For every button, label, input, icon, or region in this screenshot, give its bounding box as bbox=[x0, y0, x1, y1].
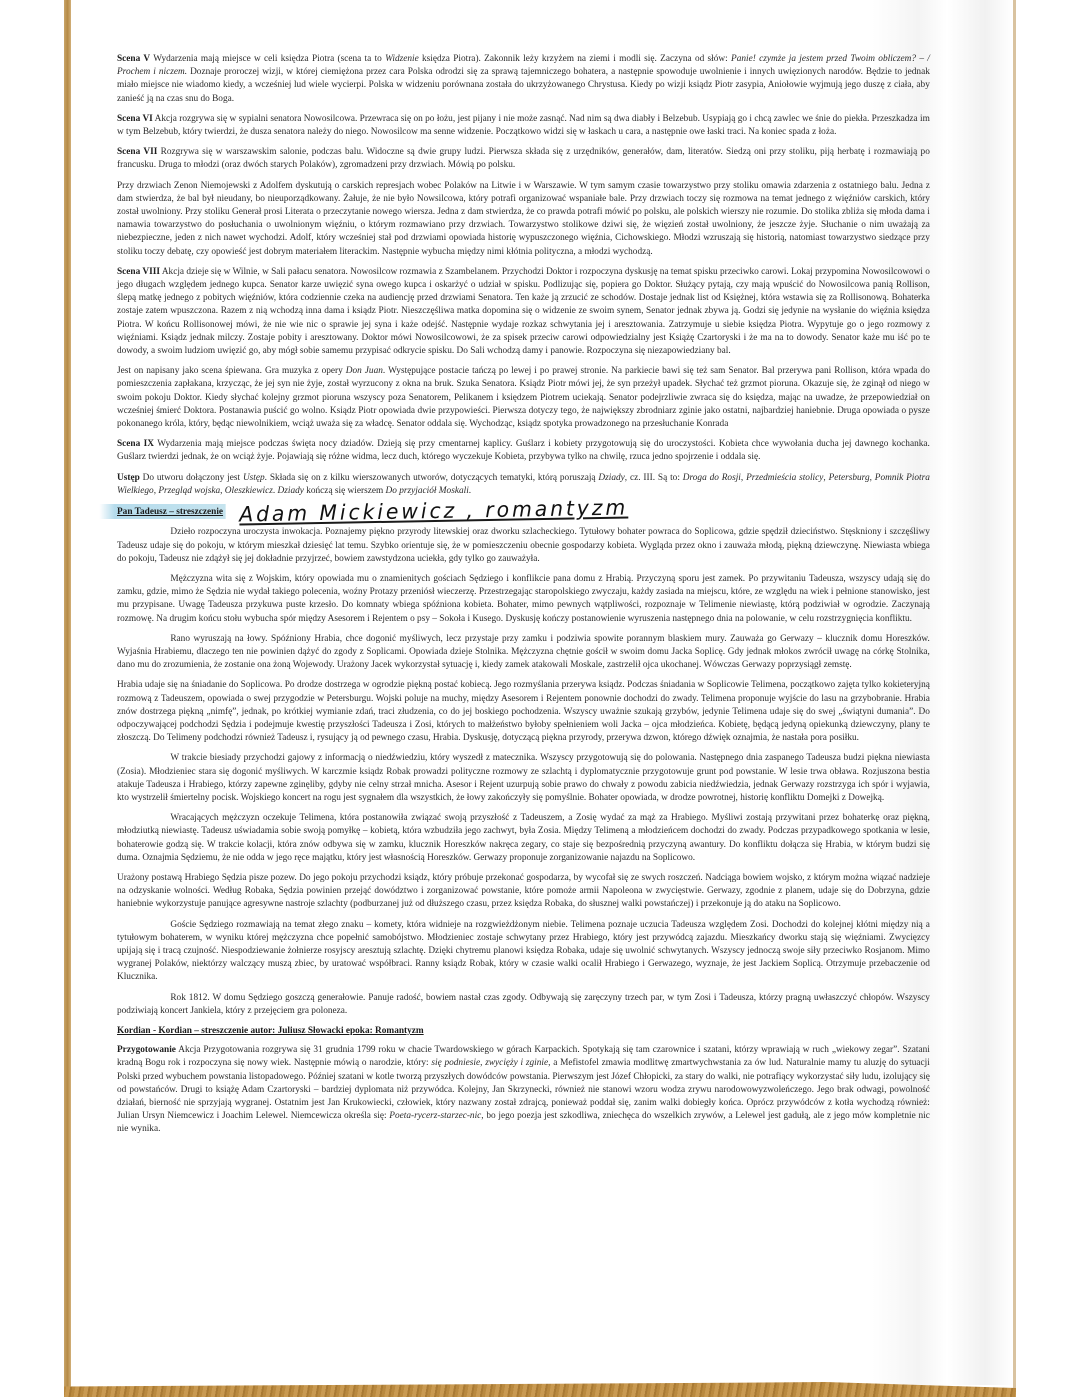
italic-title: Droga do Rosji bbox=[683, 472, 741, 483]
italic-title: Oleszkiewicz bbox=[225, 485, 273, 496]
text-run: , cz. III. Są to: bbox=[625, 472, 683, 483]
dziady-scene-paragraph: Scena VI Akcja rozgrywa się w sypialni s… bbox=[117, 112, 930, 138]
section-lead-label: Scena V bbox=[117, 53, 150, 64]
italic-title: Dziady bbox=[598, 472, 624, 483]
text-run: Przy drzwiach Zenon Niemojewski z Adolfe… bbox=[117, 180, 930, 257]
pan-tadeusz-title: Pan Tadeusz – streszczenie bbox=[100, 504, 226, 519]
kordian-title: Kordian - Kordian – streszczenie autor: … bbox=[117, 1024, 424, 1037]
document-body: Scena V Wydarzenia mają miejsce w celi k… bbox=[117, 52, 930, 1143]
pan-tadeusz-paragraph: Dzieło rozpoczyna uroczysta inwokacja. P… bbox=[117, 525, 930, 565]
section-lead-label: Scena VI bbox=[117, 113, 153, 124]
pan-tadeusz-heading: Pan Tadeusz – streszczenie Adam Mickiewi… bbox=[117, 504, 930, 519]
dziady-scene-paragraph: Przy drzwiach Zenon Niemojewski z Adolfe… bbox=[117, 179, 930, 258]
dziady-scenes-section: Scena V Wydarzenia mają miejsce w celi k… bbox=[117, 52, 930, 497]
text-run: . Składa się on z kilku wierszowanych ut… bbox=[265, 472, 599, 483]
dziady-scene-paragraph: Scena VIII Akcja dzieje się w Wilnie, w … bbox=[117, 265, 930, 357]
italic-title: Petersburg bbox=[829, 472, 870, 483]
dziady-scene-paragraph: Jest on napisany jako scena śpiewana. Gr… bbox=[117, 364, 930, 430]
pan-tadeusz-paragraph: Rok 1812. W domu Sędziego goszczą genera… bbox=[117, 991, 930, 1017]
italic-title: Ustęp bbox=[243, 472, 265, 483]
text-run: Jest on napisany jako scena śpiewana. Gr… bbox=[117, 365, 346, 376]
italic-title: się podniesie, zwycięży i zginie bbox=[431, 1057, 548, 1068]
section-lead-label: Przygotowanie bbox=[117, 1044, 176, 1055]
kordian-summary: Przygotowanie Akcja Przygotowania rozgry… bbox=[117, 1043, 930, 1135]
text-run: Wydarzenia mają miejsce podczas święta n… bbox=[117, 438, 930, 462]
kordian-paragraph: Przygotowanie Akcja Przygotowania rozgry… bbox=[117, 1043, 930, 1135]
dziady-scene-paragraph: Scena V Wydarzenia mają miejsce w celi k… bbox=[117, 52, 930, 105]
dziady-scene-paragraph: Ustęp Do utworu dołączony jest Ustęp. Sk… bbox=[117, 471, 930, 497]
pan-tadeusz-paragraph: Goście Sędziego rozmawiają na temat złeg… bbox=[117, 918, 930, 984]
wooden-table-left-edge bbox=[64, 0, 71, 1397]
wooden-table-right-edge bbox=[1013, 0, 1016, 1397]
italic-title: Do przyjaciół Moskali bbox=[386, 485, 469, 496]
text-run: Wydarzenia mają miejsce w celi księdza P… bbox=[150, 53, 385, 64]
text-run: Rozgrywa się w warszawskim salonie, podc… bbox=[117, 146, 930, 170]
italic-title: Dziady bbox=[278, 485, 304, 496]
text-run: Akcja dzieje się w Wilnie, w Sali pałacu… bbox=[117, 266, 930, 356]
italic-title: Przedmieścia stolicy bbox=[746, 472, 823, 483]
text-run: kończą się wierszem bbox=[304, 485, 386, 496]
dziady-scene-paragraph: Scena IX Wydarzenia mają miejsce podczas… bbox=[117, 437, 930, 463]
handwritten-note: Adam Mickiewicz , romantyzm bbox=[239, 502, 628, 522]
italic-title: Don Juan bbox=[346, 365, 383, 376]
text-run: Akcja rozgrywa się w sypialni senatora N… bbox=[117, 113, 930, 137]
text-run: Doznaje proroczej wizji, w której ciemię… bbox=[117, 66, 930, 103]
text-run: księdza Piotra). Zakonnik leży krzyżem n… bbox=[419, 53, 731, 64]
pan-tadeusz-paragraph: Mężczyzna wita się z Wojskim, który opow… bbox=[117, 572, 930, 625]
text-run: Do utworu dołączony jest bbox=[140, 472, 243, 483]
pan-tadeusz-paragraph: Hrabia udaje się na śniadanie do Soplico… bbox=[117, 678, 930, 744]
italic-title: Poeta-rycerz-starzec-nic bbox=[389, 1110, 481, 1121]
pan-tadeusz-paragraph: W trakcie biesiady przychodzi gajowy z i… bbox=[117, 751, 930, 804]
pan-tadeusz-summary: Dzieło rozpoczyna uroczysta inwokacja. P… bbox=[117, 525, 930, 1017]
pan-tadeusz-paragraph: Rano wyruszają na łowy. Spóźniony Hrabia… bbox=[117, 632, 930, 672]
pan-tadeusz-paragraph: Urażony postawą Hrabiego Sędzia pisze po… bbox=[117, 871, 930, 911]
section-lead-label: Scena VII bbox=[117, 146, 157, 157]
dziady-scene-paragraph: Scena VII Rozgrywa się w warszawskim sal… bbox=[117, 145, 930, 171]
italic-title: Widzenie bbox=[385, 53, 419, 64]
text-run: . bbox=[469, 485, 471, 496]
section-lead-label: Ustęp bbox=[117, 472, 140, 483]
section-lead-label: Scena VIII bbox=[117, 266, 160, 277]
italic-title: Przegląd wojska bbox=[158, 485, 220, 496]
pan-tadeusz-paragraph: Wracających mężczyzn oczekuje Telimena, … bbox=[117, 811, 930, 864]
kordian-heading: Kordian - Kordian – streszczenie autor: … bbox=[117, 1024, 930, 1037]
section-lead-label: Scena IX bbox=[117, 438, 154, 449]
